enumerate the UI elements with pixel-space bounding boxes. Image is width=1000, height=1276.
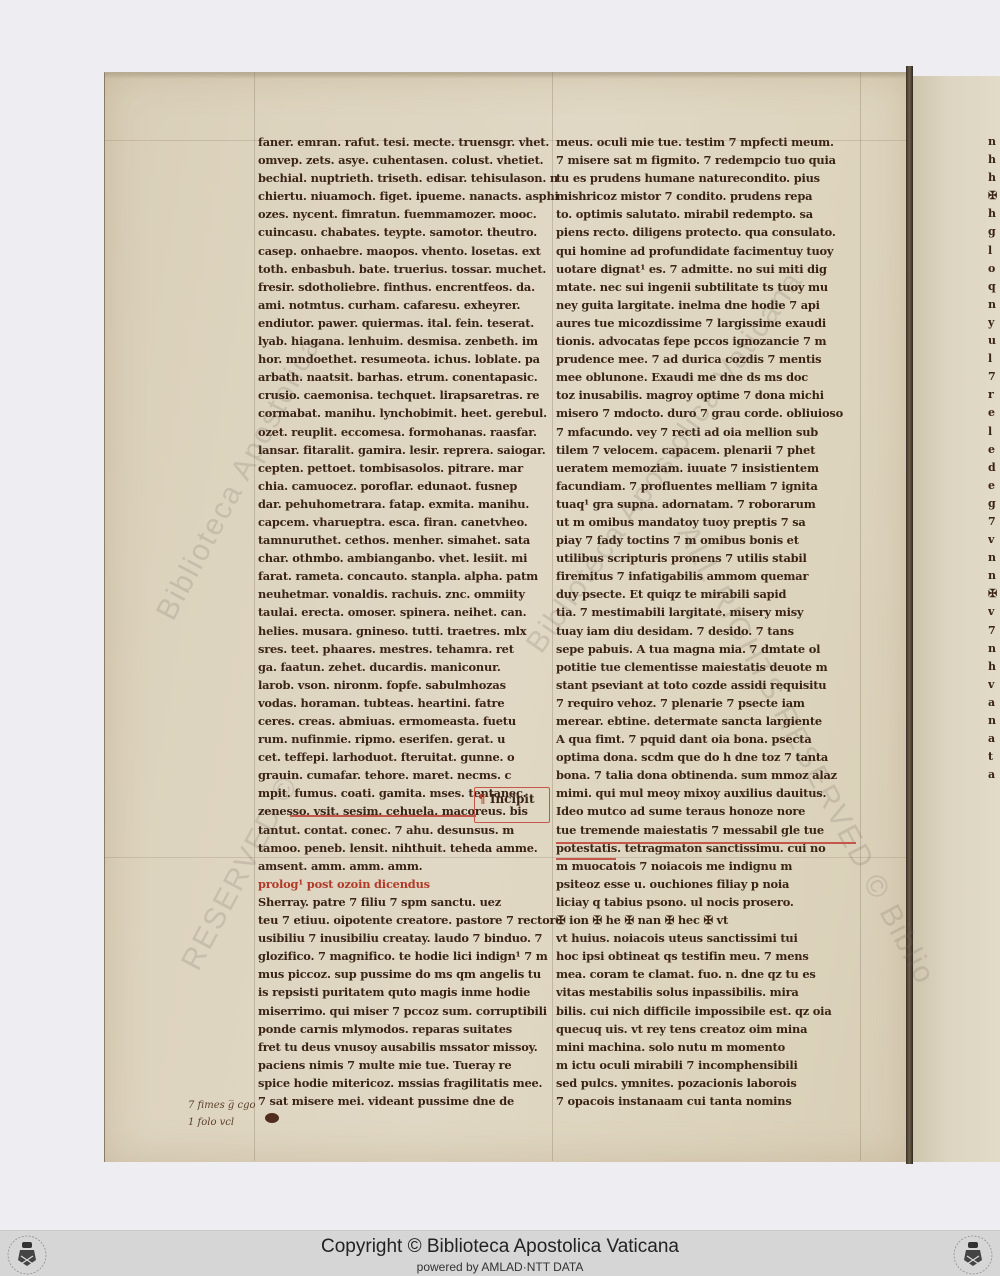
manuscript-line: amsent. amm. amm. amm.: [258, 857, 558, 875]
manuscript-line: mishricoz mistor 7 condito. prudens repa: [556, 187, 856, 205]
manuscript-line: ney guita largitate. inelma dne hodie 7 …: [556, 296, 856, 314]
manuscript-line: tantut. contat. conec. 7 ahu. desunsus. …: [258, 821, 558, 839]
manuscript-line: bona. 7 talia dona obtinenda. sum mmoz a…: [556, 766, 856, 784]
manuscript-line: usibiliu 7 inusibiliu creatay. laudo 7 b…: [258, 929, 558, 947]
manuscript-line: misero 7 mdocto. duro 7 grau corde. obli…: [556, 404, 856, 422]
rubric-underline: [290, 815, 476, 817]
manuscript-line: sres. teet. phaares. mestres. tehamra. r…: [258, 640, 558, 658]
manuscript-line: sed pulcs. ymnites. pozacionis laborois: [556, 1074, 856, 1092]
ink-blot: [265, 1113, 279, 1123]
book-binding-gutter: [906, 66, 913, 1164]
copyright-notice: Copyright © Biblioteca Apostolica Vatica…: [0, 1236, 1000, 1258]
manuscript-line: q: [988, 278, 1000, 296]
manuscript-line: a: [988, 694, 1000, 712]
manuscript-line: tuay iam diu desidam. 7 desido. 7 tans: [556, 622, 856, 640]
manuscript-line: y: [988, 314, 1000, 332]
manuscript-line: ✠ ion ✠ he ✠ nan ✠ hec ✠ vt: [556, 911, 856, 929]
manuscript-line: e: [988, 404, 1000, 422]
manuscript-line: glozifico. 7 magnifico. te hodie lici in…: [258, 947, 558, 965]
manuscript-line: ✠: [988, 187, 1000, 205]
manuscript-line: l: [988, 423, 1000, 441]
manuscript-line: meus. oculi mie tue. testim 7 mpfecti me…: [556, 133, 856, 151]
manuscript-line: hor. mndoethet. resumeota. ichus. loblat…: [258, 350, 558, 368]
manuscript-line: sepe pabuis. A tua magna mia. 7 dmtate o…: [556, 640, 856, 658]
manuscript-line: 7: [988, 368, 1000, 386]
manuscript-line: e: [988, 477, 1000, 495]
bottom-marginalia: 7 fimes g̅ cgo 1 folo vcl: [188, 1097, 256, 1131]
manuscript-line: psiteoz esse u. ouchiones filiay p noia: [556, 875, 856, 893]
manuscript-line: tamnuruthet. cethos. menher. simahet. sa…: [258, 531, 558, 549]
manuscript-line: m ictu oculi mirabili 7 incomphensibili: [556, 1056, 856, 1074]
manuscript-line: taulai. erecta. omoser. spinera. neihet.…: [258, 603, 558, 621]
red-strike-line: [556, 858, 616, 860]
manuscript-line: 7 mfacundo. vey 7 recti ad oia mellion s…: [556, 423, 856, 441]
manuscript-line: teu 7 etiuu. oipotente creatore. pastore…: [258, 911, 558, 929]
ruling-line: [860, 72, 861, 1161]
text-column-left: faner. emran. rafut. tesi. mecte. truens…: [258, 133, 558, 1110]
manuscript-line: miserrimo. qui miser 7 pccoz sum. corrup…: [258, 1002, 558, 1020]
manuscript-line: capcem. vharueptra. esca. firan. canetvh…: [258, 513, 558, 531]
manuscript-line: mus piccoz. sup pussime do ms qm angelis…: [258, 965, 558, 983]
manuscript-line: tionis. advocatas fepe pccos ignozancie …: [556, 332, 856, 350]
text-column-right: meus. oculi mie tue. testim 7 mpfecti me…: [556, 133, 856, 1110]
manuscript-line: mini machina. solo nutu m momento: [556, 1038, 856, 1056]
manuscript-line: g: [988, 223, 1000, 241]
manuscript-line: to. optimis salutato. mirabil redempto. …: [556, 205, 856, 223]
manuscript-line: n: [988, 640, 1000, 658]
manuscript-line: a: [988, 766, 1000, 784]
manuscript-line: o: [988, 260, 1000, 278]
manuscript-line: lyab. hiagana. lenhuim. desmisa. zenbeth…: [258, 332, 558, 350]
vatican-library-seal-icon: [952, 1234, 994, 1276]
manuscript-line: ozet. reuplit. eccomesa. formohanas. raa…: [258, 423, 558, 441]
manuscript-line: v: [988, 676, 1000, 694]
manuscript-line: chia. camuocez. poroflar. edunaot. fusne…: [258, 477, 558, 495]
manuscript-line: n: [988, 549, 1000, 567]
manuscript-line: casep. onhaebre. maopos. vhento. losetas…: [258, 242, 558, 260]
manuscript-line: h: [988, 658, 1000, 676]
manuscript-line: cormabat. manihu. lynchobimit. heet. ger…: [258, 404, 558, 422]
manuscript-line: ceres. creas. abmiuas. ermomeasta. fuetu: [258, 712, 558, 730]
manuscript-line: liciay q tabius psono. ul nocis prosero.: [556, 893, 856, 911]
manuscript-line: lansar. fitaralit. gamira. lesir. reprer…: [258, 441, 558, 459]
manuscript-line: facundiam. 7 profluentes melliam 7 ignit…: [556, 477, 856, 495]
manuscript-line: a: [988, 730, 1000, 748]
manuscript-line: quecuq uis. vt rey tens creatoz oim mina: [556, 1020, 856, 1038]
manuscript-line: hoc ipsi obtineat qs testifin meu. 7 men…: [556, 947, 856, 965]
manuscript-line: tu es prudens humane naturecondito. pius: [556, 169, 856, 187]
manuscript-line: e: [988, 441, 1000, 459]
paragraph-mark: ¶: [478, 792, 486, 806]
manuscript-line: omvep. zets. asye. cuhentasen. colust. v…: [258, 151, 558, 169]
manuscript-line: crusio. caemonisa. techquet. lirapsaretr…: [258, 386, 558, 404]
manuscript-line: mea. coram te clamat. fuo. n. dne qz tu …: [556, 965, 856, 983]
facing-page-text-fragment: nhh✠hgloqnyul7reledeg7vnn✠v7nhvanata: [988, 133, 1000, 784]
manuscript-line: toz inusabilis. magroy optime 7 dona mic…: [556, 386, 856, 404]
manuscript-line: n: [988, 296, 1000, 314]
manuscript-line: v: [988, 531, 1000, 549]
manuscript-line: tilem 7 velocem. capacem. plenarii 7 phe…: [556, 441, 856, 459]
manuscript-line: cuincasu. chabates. teypte. samotor. the…: [258, 223, 558, 241]
manuscript-line: bilis. cui nich difficile impossibile es…: [556, 1002, 856, 1020]
manuscript-line: ueratem memoziam. iuuate 7 insistientem: [556, 459, 856, 477]
manuscript-line: ozes. nycent. fimratun. fuemmamozer. moo…: [258, 205, 558, 223]
manuscript-line: mee oblunone. Exaudi me dne ds ms doc: [556, 368, 856, 386]
manuscript-line: uotare dignat¹ es. 7 admitte. no sui mit…: [556, 260, 856, 278]
manuscript-line: d: [988, 459, 1000, 477]
manuscript-line: ami. notmtus. curham. cafaresu. exheyrer…: [258, 296, 558, 314]
manuscript-line: h: [988, 169, 1000, 187]
manuscript-line: dar. pehuhometrara. fatap. exmita. manih…: [258, 495, 558, 513]
manuscript-line: ✠: [988, 585, 1000, 603]
manuscript-line: ga. faatun. zehet. ducardis. maniconur.: [258, 658, 558, 676]
manuscript-line: aures tue micozdissime 7 largissime exau…: [556, 314, 856, 332]
manuscript-line: 7 misere sat m figmito. 7 redempcio tuo …: [556, 151, 856, 169]
manuscript-line: t: [988, 748, 1000, 766]
manuscript-line: larob. vson. nironm. fopfe. sabulmhozas: [258, 676, 558, 694]
manuscript-line: l: [988, 350, 1000, 368]
manuscript-line: cepten. pettoet. tombisasolos. pitrare. …: [258, 459, 558, 477]
manuscript-line: v: [988, 603, 1000, 621]
manuscript-line: merear. ebtine. determate sancta largien…: [556, 712, 856, 730]
powered-by-text: powered by AMLAD·NTT DATA: [0, 1260, 1000, 1274]
manuscript-line: endiutor. pawer. quiermas. ital. fein. t…: [258, 314, 558, 332]
manuscript-line: vitas mestabilis solus inpassibilis. mir…: [556, 983, 856, 1001]
incipit-rubric: ¶ Incipit: [478, 792, 535, 806]
manuscript-line: 7 sat misere mei. videant pussime dne de: [258, 1092, 558, 1110]
manuscript-line: grauin. cumafar. tehore. maret. necms. c: [258, 766, 558, 784]
footer-bar: Copyright © Biblioteca Apostolica Vatica…: [0, 1230, 1000, 1276]
manuscript-line: 7 requiro vehoz. 7 plenarie 7 psecte iam: [556, 694, 856, 712]
manuscript-line: helies. musara. gnineso. tutti. traetres…: [258, 622, 558, 640]
manuscript-line: toth. enbasbuh. bate. truerius. tossar. …: [258, 260, 558, 278]
manuscript-line: h: [988, 205, 1000, 223]
manuscript-line: A qua fimt. 7 pquid dant oia bona. psect…: [556, 730, 856, 748]
manuscript-line: mimi. qui mul meoy mixoy auxilius dauitu…: [556, 784, 856, 802]
manuscript-line: tuaq¹ gra supna. adornatam. 7 roborarum: [556, 495, 856, 513]
manuscript-line: Sherray. patre 7 filiu 7 spm sanctu. uez: [258, 893, 558, 911]
manuscript-line: qui homine ad profundidate facimentuy tu…: [556, 242, 856, 260]
manuscript-line: chiertu. niuamoch. figet. ipueme. nanact…: [258, 187, 558, 205]
manuscript-line: ut m omibus mandatoy tuoy preptis 7 sa: [556, 513, 856, 531]
red-strike-line: [556, 842, 856, 844]
manuscript-line: char. othmbo. ambianganbo. vhet. lesiit.…: [258, 549, 558, 567]
manuscript-line: vt huius. noiacois uteus sanctissimi tui: [556, 929, 856, 947]
manuscript-line: n: [988, 133, 1000, 151]
manuscript-line: 7 opacois instanaam cui tanta nomins: [556, 1092, 856, 1110]
manuscript-line: fresir. sdotholiebre. finthus. encrentfe…: [258, 278, 558, 296]
manuscript-line: fret tu deus vnusoy ausabilis mssator mi…: [258, 1038, 558, 1056]
manuscript-line: optima dona. scdm que do h dne toz 7 tan…: [556, 748, 856, 766]
facing-folio-edge: [913, 76, 1000, 1162]
manuscript-line: is repsisti puritatem quto magis inme ho…: [258, 983, 558, 1001]
manuscript-line: arbath. naatsit. barhas. etrum. conentap…: [258, 368, 558, 386]
manuscript-line: r: [988, 386, 1000, 404]
manuscript-line: Ideo mutco ad sume teraus honoze nore: [556, 802, 856, 820]
manuscript-line: stant pseviant at toto cozde assidi requ…: [556, 676, 856, 694]
manuscript-line: spice hodie mitericoz. mssias fragilitat…: [258, 1074, 558, 1092]
manuscript-line: potitie tue clementisse maiestatis deuot…: [556, 658, 856, 676]
manuscript-line: n: [988, 567, 1000, 585]
manuscript-line: prudence mee. 7 ad durica cozdis 7 menti…: [556, 350, 856, 368]
manuscript-line: l: [988, 242, 1000, 260]
manuscript-line: tue tremende maiestatis 7 messabil gle t…: [556, 821, 856, 839]
manuscript-line: faner. emran. rafut. tesi. mecte. truens…: [258, 133, 558, 151]
manuscript-line: tia. 7 mestimabili largitate. misery mis…: [556, 603, 856, 621]
manuscript-line: bechial. nuptrieth. triseth. edisar. teh…: [258, 169, 558, 187]
manuscript-line: neuhetmar. vonaldis. rachuis. znc. ommii…: [258, 585, 558, 603]
manuscript-line: 7: [988, 513, 1000, 531]
manuscript-line: piay 7 fady toctins 7 m omibus bonis et: [556, 531, 856, 549]
manuscript-line: h: [988, 151, 1000, 169]
ruling-line: [254, 72, 255, 1161]
manuscript-line: farat. rameta. concauto. stanpla. alpha.…: [258, 567, 558, 585]
image-viewer[interactable]: Biblioteca Apostolica RESERVED © Bibliot…: [0, 0, 1000, 1230]
manuscript-line: paciens nimis 7 multe mie tue. Tueray re: [258, 1056, 558, 1074]
manuscript-line: n: [988, 712, 1000, 730]
manuscript-line: 7: [988, 622, 1000, 640]
rubric-prologue: prolog¹ post ozoin dicendus: [258, 875, 558, 893]
manuscript-line: ponde carnis mlymodos. reparas suitates: [258, 1020, 558, 1038]
manuscript-line: duy psecte. Et quiqz te mirabili sapid: [556, 585, 856, 603]
manuscript-line: u: [988, 332, 1000, 350]
manuscript-line: cet. teffepi. larhoduot. fteruitat. gunn…: [258, 748, 558, 766]
manuscript-line: utilibus scripturis pronens 7 utilis sta…: [556, 549, 856, 567]
manuscript-line: g: [988, 495, 1000, 513]
manuscript-line: firemitus 7 infatigabilis ammom quemar: [556, 567, 856, 585]
manuscript-line: mtate. nec sui ingenii subtilitate ts tu…: [556, 278, 856, 296]
manuscript-line: piens recto. diligens protecto. qua cons…: [556, 223, 856, 241]
manuscript-line: rum. nufinmie. ripmo. eserifen. gerat. u: [258, 730, 558, 748]
manuscript-line: tamoo. peneb. lensit. nihthuit. teheda a…: [258, 839, 558, 857]
manuscript-line: vodas. horaman. tubteas. heartini. fatre: [258, 694, 558, 712]
